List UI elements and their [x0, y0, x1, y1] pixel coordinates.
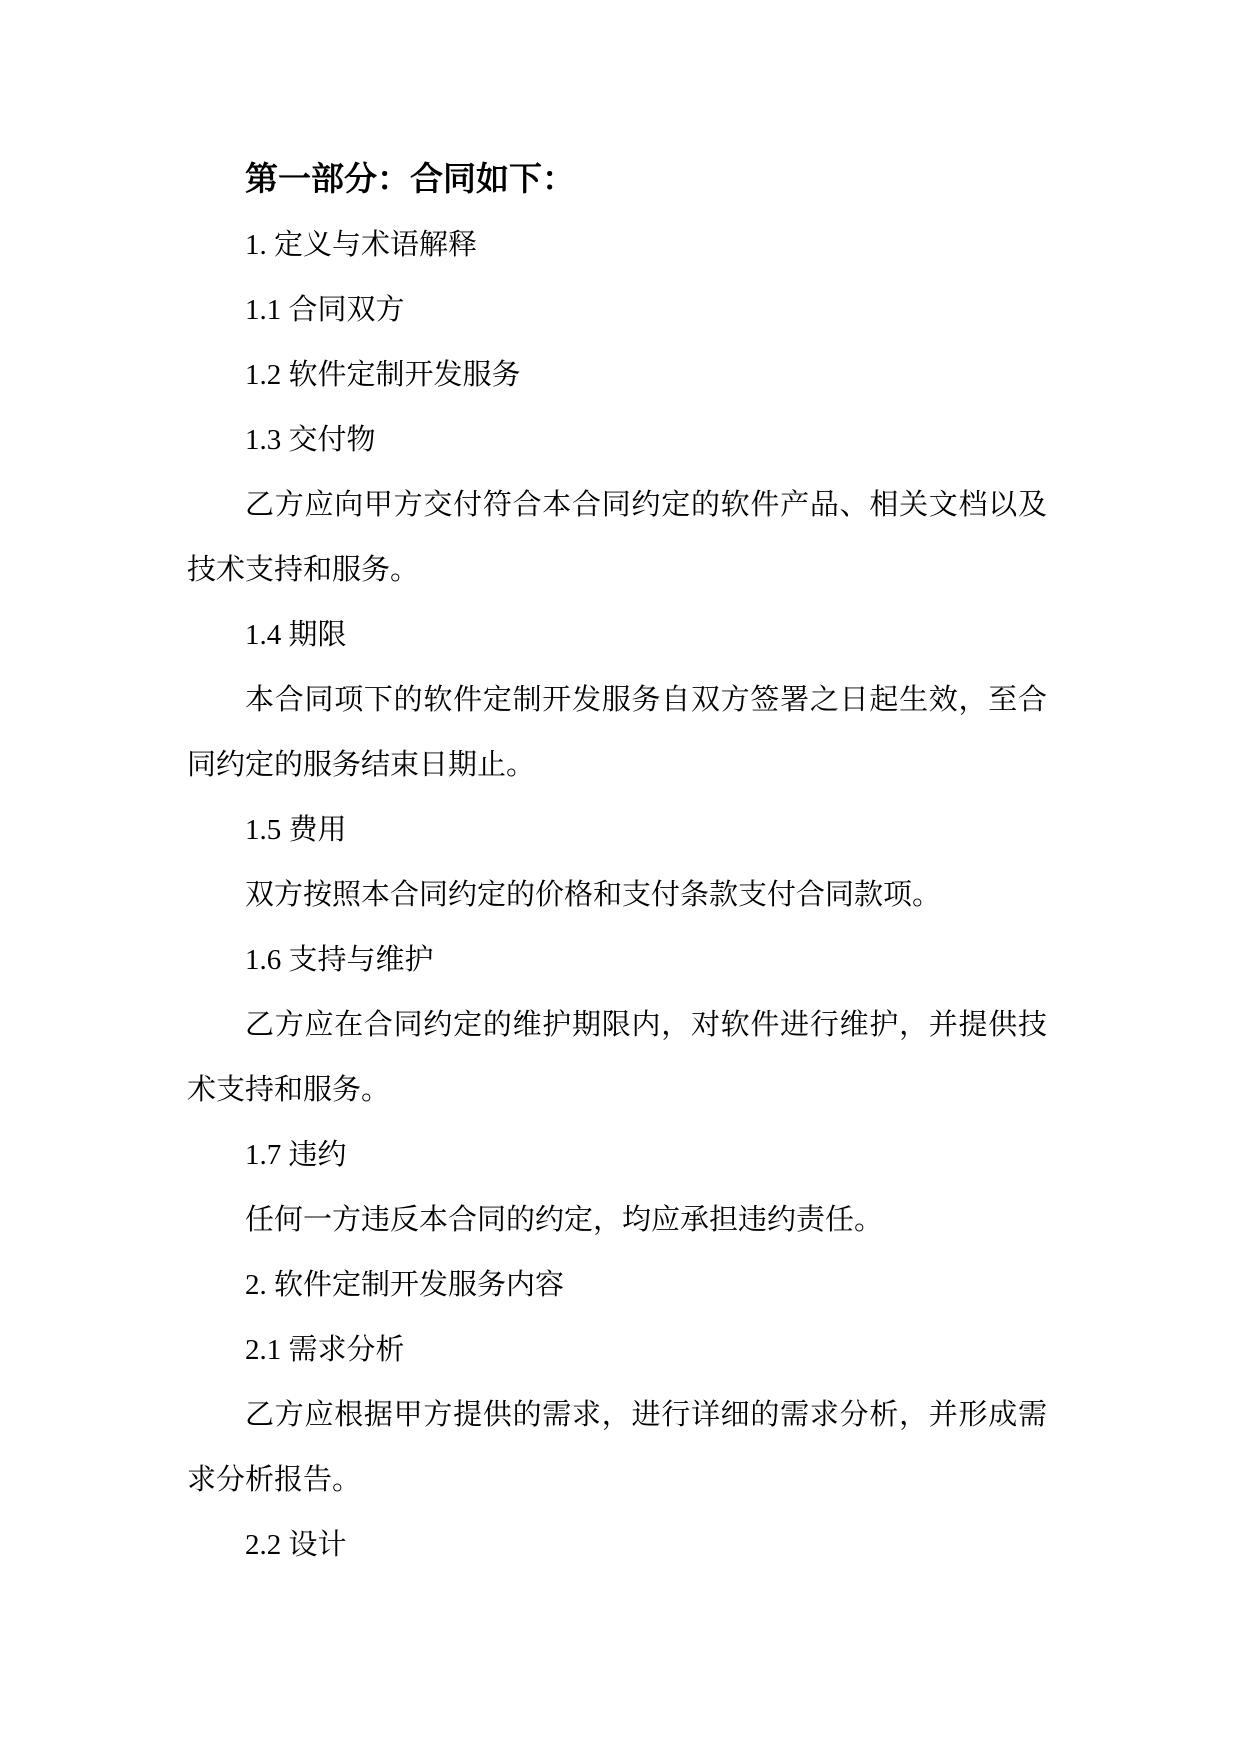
clause-line: 1. 定义与术语解释: [187, 213, 1047, 278]
paragraph-line: 术支持和服务。: [187, 1058, 1047, 1123]
paragraph-line: 本合同项下的软件定制开发服务自双方签署之日起生效，至合: [187, 668, 1047, 733]
paragraph-line: 同约定的服务结束日期止。: [187, 733, 1047, 798]
clause-line: 2.1 需求分析: [187, 1318, 1047, 1383]
paragraph-line: 双方按照本合同约定的价格和支付条款支付合同款项。: [187, 863, 1047, 928]
clause-line: 2.2 设计: [187, 1513, 1047, 1578]
clause-line: 2. 软件定制开发服务内容: [187, 1253, 1047, 1318]
paragraph-line: 乙方应在合同约定的维护期限内，对软件进行维护，并提供技: [187, 993, 1047, 1058]
clause-line: 1.5 费用: [187, 798, 1047, 863]
clause-line: 1.1 合同双方: [187, 278, 1047, 343]
clause-line: 1.6 支持与维护: [187, 928, 1047, 993]
paragraph-line: 乙方应向甲方交付符合本合同约定的软件产品、相关文档以及: [187, 473, 1047, 538]
clause-line: 1.7 违约: [187, 1123, 1047, 1188]
clause-line: 1.3 交付物: [187, 408, 1047, 473]
paragraph-line: 乙方应根据甲方提供的需求，进行详细的需求分析，并形成需: [187, 1383, 1047, 1448]
paragraph-line: 求分析报告。: [187, 1448, 1047, 1513]
clause-line: 1.2 软件定制开发服务: [187, 343, 1047, 408]
paragraph-line: 技术支持和服务。: [187, 538, 1047, 603]
clause-line: 1.4 期限: [187, 603, 1047, 668]
section-heading: 第一部分：合同如下：: [187, 148, 1047, 213]
contract-document-page: 第一部分：合同如下： 1. 定义与术语解释 1.1 合同双方 1.2 软件定制开…: [0, 0, 1240, 1753]
paragraph-line: 任何一方违反本合同的约定，均应承担违约责任。: [187, 1188, 1047, 1253]
